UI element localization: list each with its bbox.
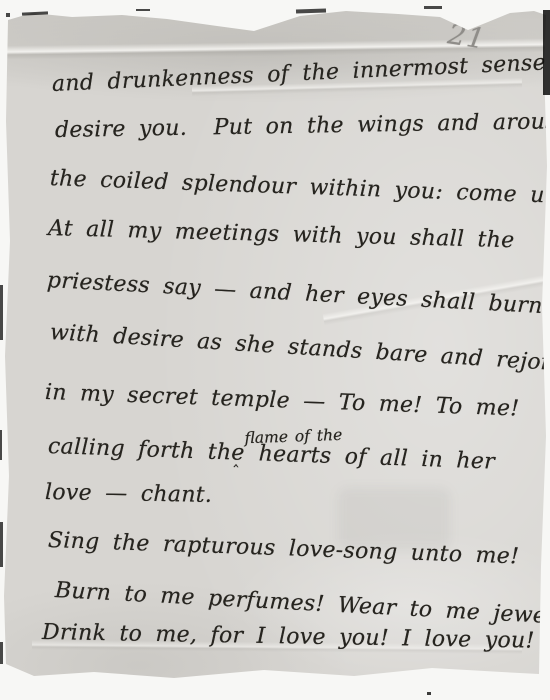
line-8-text-before: calling forth the — [48, 434, 246, 466]
manuscript-line-1: and drunkenness of the innermost sense — [51, 50, 546, 97]
paper-edge-shadow — [136, 9, 150, 11]
paper-edge-shadow — [0, 285, 3, 340]
paper-edge-shadow — [6, 13, 10, 17]
paper-edge-shadow — [424, 6, 442, 9]
manuscript-line-2: desire you. Put on the wings and arouse — [55, 109, 550, 143]
manuscript-line-8: calling forth thehearts of all in her‸fl… — [48, 434, 496, 475]
manuscript-line-7: in my secret temple — To me! To me! — [45, 380, 520, 422]
manuscript-line-5: priestess say — and her eyes shall burn — [46, 268, 543, 319]
manuscript-photo: 21 and drunkenness of the innermost sens… — [0, 0, 550, 700]
paper-edge-shadow — [0, 430, 2, 460]
manuscript-line-9: love — chant. — [45, 480, 213, 508]
paper-edge-shadow — [427, 692, 431, 695]
manuscript-line-6: with desire as she stands bare and rejoi… — [49, 320, 550, 378]
manuscript-page: 21 and drunkenness of the innermost sens… — [2, 6, 548, 686]
manuscript-line-12: Drink to me, for I love you! I love you! — [42, 620, 535, 654]
manuscript-line-4: At all my meetings with you shall the — [48, 216, 515, 253]
manuscript-line-3: the coiled splendour within you: come un… — [50, 166, 550, 211]
paper-edge-shadow — [296, 8, 326, 13]
paper-edge-shadow — [543, 10, 550, 95]
page-number: 21 — [446, 17, 488, 55]
interlinear-insertion: flame of the — [244, 426, 342, 447]
paper-edge-shadow — [0, 642, 3, 664]
line-8-text-after: hearts of all in her — [258, 441, 495, 474]
caret-mark: ‸ — [233, 449, 239, 467]
paper-edge-shadow — [0, 522, 3, 567]
